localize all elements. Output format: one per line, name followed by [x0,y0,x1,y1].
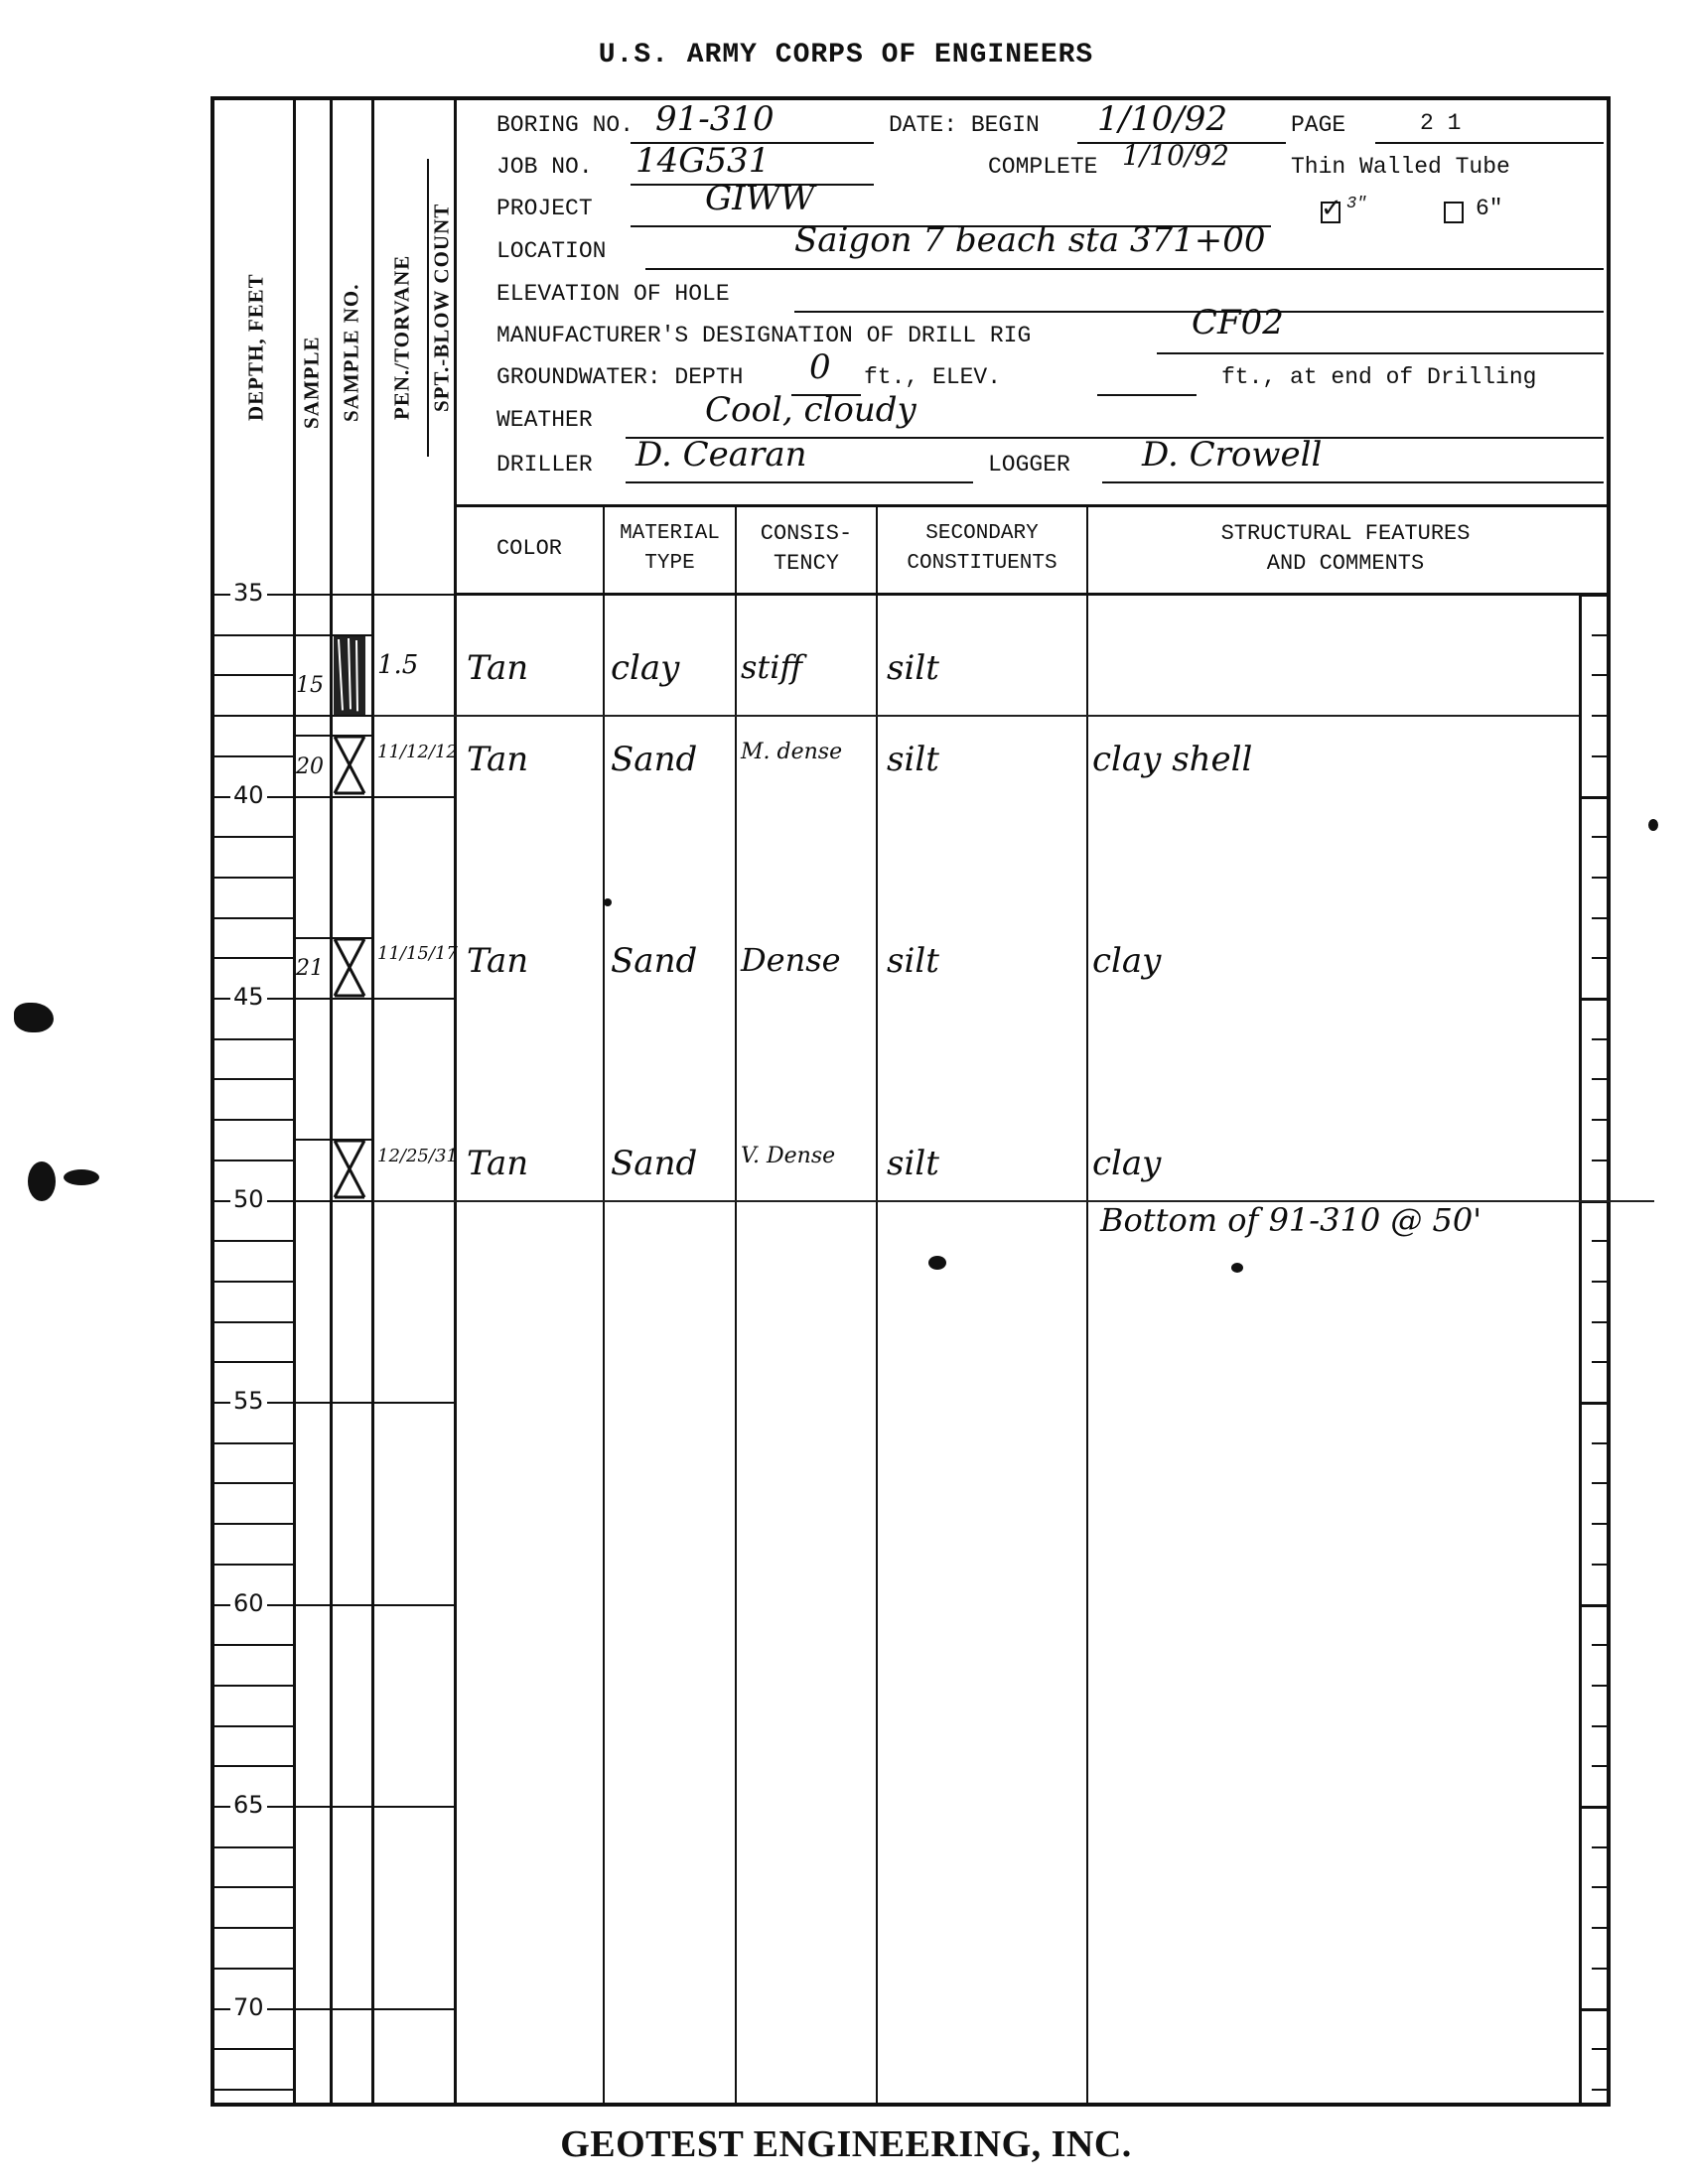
sample-no-label: SAMPLE NO. [340,268,364,437]
comments-cell: clay [1092,941,1161,981]
depth-minor-tick [212,1685,293,1687]
right-minor-tick [1592,1644,1611,1646]
agency-header: U.S. ARMY CORPS OF ENGINEERS [0,40,1692,70]
weather-label: WEATHER [496,407,593,433]
secondary-cell: silt [887,941,939,981]
material-cell: Sand [611,1144,697,1183]
right-minor-tick [1592,1968,1611,1970]
right-minor-tick [1592,877,1611,879]
right-minor-tick [1592,1564,1611,1566]
pen-blow-count: 1.5 [377,650,418,680]
scan-artifact [14,1003,54,1032]
depth-minor-tick [212,1523,293,1525]
depth-minor-tick [212,1968,293,1970]
depth-minor-tick [212,1240,293,1242]
right-minor-tick [1592,1281,1611,1283]
depth-minor-tick [212,1321,293,1323]
weather-field[interactable]: Cool, cloudy [705,390,916,430]
depth-minor-tick [212,1765,293,1767]
depth-minor-tick [212,1442,293,1444]
sampler-6in-label: 6" [1476,196,1503,221]
page-underline [1375,142,1604,144]
right-minor-tick [1592,1523,1611,1525]
right-minor-tick [1592,1321,1611,1323]
depth-minor-tick [212,1725,293,1727]
sample-number: 21 [296,956,324,981]
depth-feet-label: DEPTH, FEET [244,248,269,447]
right-minor-tick [1592,1119,1611,1121]
depth-major-tick-ext [293,594,454,596]
right-minor-tick [1592,634,1611,636]
depth-label: 55 [230,1387,267,1415]
secondary-cell: silt [887,740,939,779]
right-minor-tick [1592,1038,1611,1040]
depth-label: 65 [230,1791,267,1819]
drill-rig-label: MANUFACTURER'S DESIGNATION OF DRILL RIG [496,323,1031,348]
page-field[interactable]: 2 1 [1420,110,1461,136]
right-minor-tick [1592,1078,1611,1080]
location-label: LOCATION [496,238,606,264]
location-field[interactable]: Saigon 7 beach sta 371+00 [794,220,1266,260]
logger-label: LOGGER [988,452,1070,478]
pen-blow-count: 11/15/17 [377,943,458,964]
thin-walled-tube-label: Thin Walled Tube [1291,154,1510,180]
depth-minor-tick [212,1119,293,1121]
depth-major-tick-ext [293,1806,454,1808]
sample-interval-top [294,735,373,737]
depth-minor-tick [212,1160,293,1161]
job-no-label: JOB NO. [496,154,593,180]
right-minor-tick [1592,755,1611,757]
scan-artifact [1648,819,1658,831]
bottom-of-boring-note: Bottom of 91-310 @ 50' [1100,1201,1481,1239]
right-minor-tick [1592,1927,1611,1929]
depth-minor-tick [212,1846,293,1848]
material-cell: Sand [611,740,697,779]
depth-major-tick-ext [293,1402,454,1404]
header-bottom-rule [454,504,1611,507]
depth-minor-tick [212,1644,293,1646]
drill-rig-underline [1157,352,1604,354]
depth-label: 40 [230,781,267,809]
depth-label: 35 [230,579,267,607]
depth-minor-tick [212,1564,293,1566]
comments-cell: clay shell [1092,740,1252,779]
secondary-cell: silt [887,648,939,688]
stratum-boundary-line [373,715,1579,717]
groundwater-elev-underline [1097,394,1197,396]
depth-minor-tick [212,917,293,919]
boring-no-field[interactable]: 91-310 [655,99,775,139]
depth-minor-tick [212,2089,293,2091]
sample-interval-top [294,1139,373,1141]
sample-interval-top [294,634,373,636]
consistency-cell: Dense [741,941,841,979]
color-cell: Tan [467,941,528,981]
groundwater-depth-field[interactable]: 0 [809,347,831,387]
divider-consistency-secondary [876,504,878,2107]
secondary-cell: silt [887,1144,939,1183]
sample-spt-icon [331,735,368,795]
elevation-label: ELEVATION OF HOLE [496,281,730,307]
project-field[interactable]: GIWW [705,179,814,218]
scan-artifact [1231,1263,1243,1273]
groundwater-depth-label: GROUNDWATER: DEPTH [496,364,743,390]
color-cell: Tan [467,1144,528,1183]
consistency-cell: M. dense [741,740,842,764]
col-header-consistency: CONSIS-TENCY [736,519,877,579]
material-cell: clay [611,648,679,688]
spt-blow-count-label: SPT.-BLOW COUNT [430,179,455,437]
right-minor-tick [1592,674,1611,676]
check-mark-icon: ✓ [1321,194,1342,223]
sample-tube-icon [331,634,368,715]
job-no-field[interactable]: 14G531 [635,141,770,181]
col-header-structural: STRUCTURAL FEATURESAND COMMENTS [1087,519,1604,579]
depth-minor-tick [212,715,293,717]
date-begin-label: DATE: BEGIN [889,112,1040,138]
material-cell: Sand [611,941,697,981]
right-major-tick [1579,796,1611,799]
scan-artifact [28,1161,56,1201]
depth-minor-tick [212,1078,293,1080]
right-minor-tick [1592,1442,1611,1444]
right-minor-tick [1592,2089,1611,2091]
sample-spt-icon [331,937,368,998]
right-major-tick [1579,1806,1611,1809]
location-underline [645,268,1604,270]
depth-major-tick-ext [293,1604,454,1606]
sample-interval-bottom [294,796,373,798]
depth-major-tick-ext [293,2008,454,2010]
right-minor-tick [1592,1685,1611,1687]
right-minor-tick [1592,1886,1611,1888]
logger-underline [1102,481,1604,483]
sample-interval-top [294,937,373,939]
scan-artifact [604,898,612,906]
date-complete-field[interactable]: 1/10/92 [1122,139,1229,172]
col-header-secondary: SECONDARYCONSTITUENTS [877,519,1087,579]
comments-cell: clay [1092,1144,1161,1183]
driller-field[interactable]: D. Cearan [635,435,807,475]
divider-structural-tickstrip [1579,593,1582,2107]
depth-minor-tick [212,836,293,838]
divider-secondary-structural [1086,504,1088,2107]
depth-label: 50 [230,1185,267,1213]
sample-interval-bottom [294,1200,373,1202]
col-header-color: COLOR [455,534,604,564]
consistency-cell: stiff [741,648,802,686]
depth-minor-tick [212,877,293,879]
sample-spt-icon [331,1139,368,1199]
logger-field[interactable]: D. Crowell [1142,435,1322,475]
sample-interval-bottom [294,715,373,717]
drill-rig-field[interactable]: CF02 [1192,303,1284,342]
right-minor-tick [1592,1240,1611,1242]
right-major-tick [1579,2008,1611,2011]
scan-artifact [928,1256,946,1270]
depth-minor-tick [212,2048,293,2050]
right-minor-tick [1592,1361,1611,1363]
depth-minor-tick [212,1482,293,1484]
right-minor-tick [1592,1160,1611,1161]
driller-underline [626,481,973,483]
depth-minor-tick [212,674,293,676]
divider-material-consistency [735,504,737,2107]
right-minor-tick [1592,1725,1611,1727]
right-major-tick [1579,594,1611,597]
color-cell: Tan [467,648,528,688]
pen-blow-count: 11/12/12 [377,742,458,762]
depth-minor-tick [212,1927,293,1929]
sampler-3in-checkbox[interactable]: ✓ [1321,202,1340,223]
depth-label: 45 [230,983,267,1011]
right-minor-tick [1592,1846,1611,1848]
pen-torvane-label: PEN./TORVANE [390,238,415,437]
depth-label: 60 [230,1589,267,1617]
depth-minor-tick [212,1038,293,1040]
driller-label: DRILLER [496,452,593,478]
sample-label: SAMPLE [300,328,325,437]
right-minor-tick [1592,715,1611,717]
depth-minor-tick [212,1281,293,1283]
company-footer: GEOTEST ENGINEERING, INC. [0,2122,1692,2166]
right-major-tick [1579,1604,1611,1607]
column-header-bottom-rule [454,593,1611,596]
page-label: PAGE [1291,112,1345,138]
sampler-6in-checkbox[interactable] [1444,202,1464,223]
right-minor-tick [1592,2048,1611,2050]
depth-minor-tick [212,957,293,959]
date-complete-label: COMPLETE [988,154,1097,180]
project-label: PROJECT [496,196,593,221]
right-minor-tick [1592,957,1611,959]
boring-no-label: BORING NO. [496,112,634,138]
right-major-tick [1579,1402,1611,1405]
scan-artifact [64,1169,99,1185]
right-minor-tick [1592,1765,1611,1767]
right-minor-tick [1592,1482,1611,1484]
date-begin-field[interactable]: 1/10/92 [1097,99,1227,139]
depth-minor-tick [212,1361,293,1363]
color-cell: Tan [467,740,528,779]
depth-minor-tick [212,1886,293,1888]
depth-minor-tick [212,755,293,757]
col-header-material-type: MATERIALTYPE [604,519,736,579]
pen-blow-count: 12/25/31 [377,1146,458,1166]
right-major-tick [1579,998,1611,1001]
sample-interval-bottom [294,998,373,1000]
right-minor-tick [1592,917,1611,919]
depth-minor-tick [212,634,293,636]
groundwater-elev-label: ft., ELEV. [864,364,1001,390]
divider-color-material [603,504,605,2107]
right-minor-tick [1592,836,1611,838]
groundwater-end-label: ft., at end of Drilling [1221,364,1536,390]
sample-number: 20 [296,754,324,779]
sample-number: 15 [296,673,324,698]
depth-label: 70 [230,1993,267,2021]
consistency-cell: V. Dense [741,1144,835,1168]
sampler-3in-label: 3" [1346,195,1366,213]
